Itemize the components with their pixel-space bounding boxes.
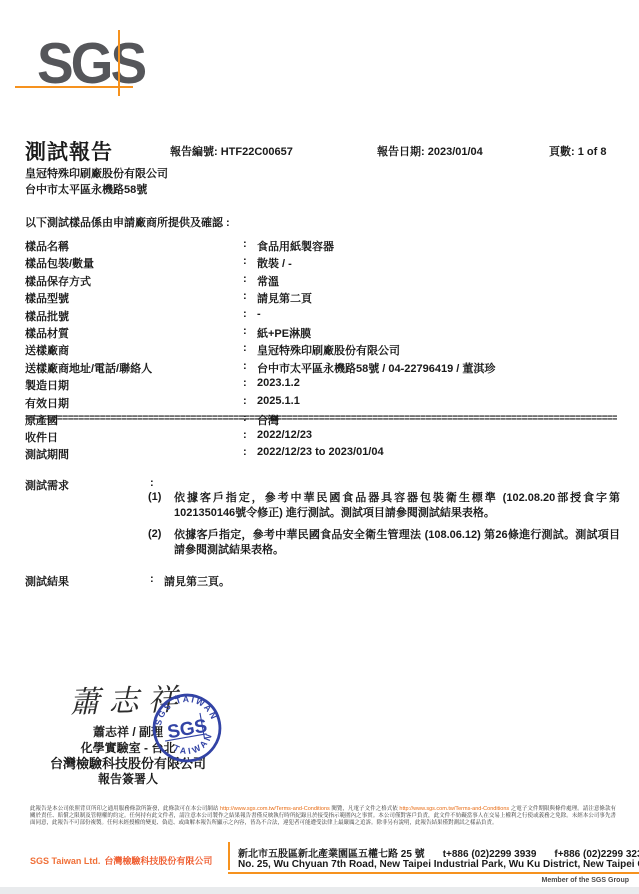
item-number: (2) — [148, 528, 174, 557]
table-row: 樣品材質 : 紙+PE淋膜 — [25, 325, 619, 342]
table-row: 樣品型號 : 請見第二頁 — [25, 290, 619, 307]
table-row: 測試期間 : 2022/12/23 to 2023/01/04 — [25, 446, 619, 463]
colon: : — [243, 429, 257, 441]
receipt-info-table: 收件日 : 2022/12/23 測試期間 : 2022/12/23 to 20… — [25, 429, 619, 464]
table-row: 樣品批號 : - — [25, 308, 619, 325]
colon: : — [243, 446, 257, 458]
page-title: 測試報告 — [25, 136, 113, 166]
table-row: 有效日期 : 2025.1.1 — [25, 395, 619, 412]
colon: : — [150, 573, 164, 589]
row-value: 2023.1.2 — [257, 377, 619, 389]
footer-address-en: No. 25, Wu Chyuan 7th Road, New Taipei I… — [238, 859, 639, 870]
row-label: 製造日期 — [25, 377, 243, 393]
colon: : — [243, 342, 257, 354]
intro-statement: 以下測試樣品係由申請廠商所提供及確認 : — [25, 214, 230, 230]
sample-info-table: 樣品名稱 : 食品用紙製容器 樣品包裝/數量 : 散裝 / - 樣品保存方式 :… — [25, 238, 619, 429]
row-value: 2022/12/23 — [257, 429, 619, 441]
row-label: 測試需求 — [25, 477, 150, 493]
row-value: 2022/12/23 to 2023/01/04 — [257, 446, 619, 458]
row-label: 送樣廠商 — [25, 342, 243, 358]
table-row: 樣品包裝/數量 : 散裝 / - — [25, 255, 619, 272]
colon: : — [243, 255, 257, 267]
item-number: (1) — [148, 491, 174, 520]
test-request-item: (1) 依據客戶指定，參考中華民國食品器具容器包裝衛生標準 (102.08.20… — [148, 491, 620, 520]
disclaimer-segment: 此報告是本公司依照背頁所印之通用服務條款所簽發，此條款可在本公司網站 — [30, 806, 220, 812]
colon: : — [243, 325, 257, 337]
row-label: 樣品保存方式 — [25, 273, 243, 289]
item-text: 依據客戶指定，參考中華民國食品器具容器包裝衛生標準 (102.08.20部授食字… — [174, 491, 620, 520]
row-label: 測試結果 — [25, 573, 150, 589]
item-text: 依據客戶指定，參考中華民國食品安全衛生管理法 (108.06.12) 第26條進… — [174, 528, 620, 557]
row-label: 樣品名稱 — [25, 238, 243, 254]
table-row: 樣品保存方式 : 常溫 — [25, 273, 619, 290]
test-result-row: 測試結果 : 請見第三頁。 — [25, 573, 619, 589]
test-request-item: (2) 依據客戶指定，參考中華民國食品安全衛生管理法 (108.06.12) 第… — [148, 528, 620, 557]
sgs-stamp-icon: SGS TAIWAN LTD TAIWAN SGS — [146, 687, 227, 768]
footer-address-cn: 新北市五股區新北產業園區五權七路 25 號t+886 (02)2299 3939… — [238, 845, 639, 860]
colon: : — [243, 360, 257, 372]
colon: : — [243, 308, 257, 320]
colon: : — [243, 238, 257, 250]
footer-company: SGS Taiwan Ltd.台灣檢驗科技股份有限公司 — [30, 854, 212, 867]
row-label: 樣品批號 — [25, 308, 243, 324]
disclaimer-segment: 閱覽，凡電子文件之格式依 — [330, 806, 400, 812]
applicant-company-name: 皇冠特殊印刷廠股份有限公司 — [25, 165, 168, 181]
row-label: 樣品型號 — [25, 290, 243, 306]
sgs-group-note: Member of the SGS Group — [541, 877, 629, 884]
terms-link[interactable]: http://www.sgs.com.tw/Terms-and-Conditio… — [399, 806, 509, 812]
row-value: 台中市太平區永機路58號 / 04-22796419 / 董淇珍 — [257, 360, 619, 376]
row-value: 紙+PE淋膜 — [257, 325, 619, 341]
row-value: 散裝 / - — [257, 255, 619, 271]
row-value: 食品用紙製容器 — [257, 238, 619, 254]
footer-company-cn: 台灣檢驗科技股份有限公司 — [104, 856, 212, 866]
colon: : — [243, 395, 257, 407]
logo-horizontal-rule — [15, 86, 133, 88]
report-number: 報告編號: HTF22C00657 — [170, 143, 293, 159]
table-row: 製造日期 : 2023.1.2 — [25, 377, 619, 394]
row-value: 2025.1.1 — [257, 395, 619, 407]
row-label: 送樣廠商地址/電話/聯絡人 — [25, 360, 243, 376]
page-count: 頁數: 1 of 8 — [549, 143, 606, 159]
row-label: 樣品包裝/數量 — [25, 255, 243, 271]
signatory-role: 報告簽署人 — [18, 772, 238, 788]
page-bottom-edge — [0, 887, 639, 894]
terms-link[interactable]: http://www.sgs.com.tw/Terms-and-Conditio… — [220, 806, 330, 812]
sgs-logo: SGS — [15, 28, 145, 98]
colon: : — [243, 273, 257, 285]
report-date: 報告日期: 2023/01/04 — [377, 143, 483, 159]
section-separator: ========================================… — [25, 413, 617, 425]
colon: : — [243, 377, 257, 389]
row-value: 請見第二頁 — [257, 290, 619, 306]
colon: : — [243, 290, 257, 302]
row-value: 常溫 — [257, 273, 619, 289]
footer-divider — [228, 842, 230, 870]
row-value: 請見第三頁。 — [164, 573, 619, 589]
row-label: 測試期間 — [25, 446, 243, 462]
logo-vertical-rule — [118, 30, 120, 96]
report-page: SGS 測試報告 報告編號: HTF22C00657 報告日期: 2023/01… — [0, 0, 639, 894]
table-row: 送樣廠商地址/電話/聯絡人 : 台中市太平區永機路58號 / 04-227964… — [25, 360, 619, 377]
row-value: - — [257, 308, 619, 320]
disclaimer-text: 此報告是本公司依照背頁所印之通用服務條款所簽發，此條款可在本公司網站 http:… — [30, 806, 616, 827]
table-row: 樣品名稱 : 食品用紙製容器 — [25, 238, 619, 255]
disclaimer-segment: 為不合法，違犯者可能遭受法律上最嚴厲之追訴。除非另有說明，此報告結果僅對測試之樣… — [256, 820, 498, 826]
footer-company-en: SGS Taiwan Ltd. — [30, 856, 100, 866]
footer-rule — [228, 872, 639, 874]
row-label: 樣品材質 — [25, 325, 243, 341]
table-row: 送樣廠商 : 皇冠特殊印刷廠股份有限公司 — [25, 342, 619, 359]
row-value: 皇冠特殊印刷廠股份有限公司 — [257, 342, 619, 358]
applicant-company-address: 台中市太平區永機路58號 — [25, 181, 147, 197]
table-row: 收件日 : 2022/12/23 — [25, 429, 619, 446]
row-label: 收件日 — [25, 429, 243, 445]
row-label: 有效日期 — [25, 395, 243, 411]
